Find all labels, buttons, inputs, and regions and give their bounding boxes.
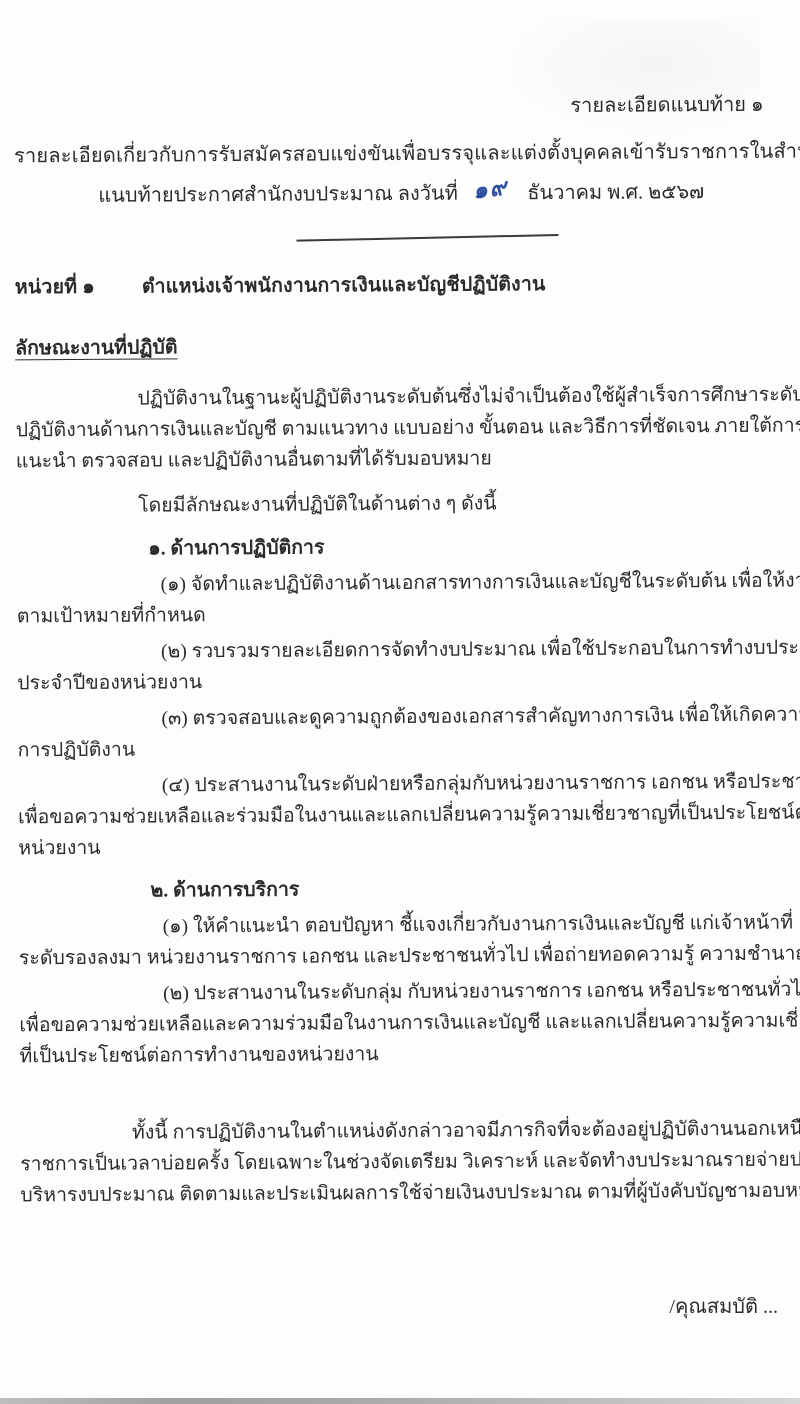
unit-number: หน่วยที่ ๑ <box>15 272 95 303</box>
text-line: ประจำปีของหน่วยงาน <box>17 664 791 700</box>
text-line: ระดับรองลงมา หน่วยงานราชการ เอกชน และประ… <box>19 939 793 975</box>
duty-item-1-3: (๓) ตรวจสอบและดูความถูกต้องของเอกสารสำคั… <box>17 700 791 767</box>
text-line: (๑) ให้คำแนะนำ ตอบปัญหา ชี้แจงเกี่ยวกับง… <box>19 908 793 944</box>
duty-item-1-2: (๒) รวบรวมรายละเอียดการจัดทำงบประมาณ เพื… <box>17 633 791 700</box>
text-line: บริหารงบประมาณ ติดตามและประเมินผลการใช้จ… <box>20 1176 794 1212</box>
text-line: (๓) ตรวจสอบและดูความถูกต้องของเอกสารสำคั… <box>17 700 791 736</box>
text-line: เพื่อขอความช่วยเหลือและความร่วมมือในงานก… <box>19 1006 793 1042</box>
duties-section-heading: ลักษณะงานที่ปฏิบัติ <box>15 329 789 365</box>
scanned-document-page: รายละเอียดแนบท้าย ๑ รายละเอียดเกี่ยวกับก… <box>0 0 800 1404</box>
duty-item-2-1: (๑) ให้คำแนะนำ ตอบปัญหา ชี้แจงเกี่ยวกับง… <box>19 908 793 975</box>
position-title: ตำแหน่งเจ้าพนักงานการเงินและบัญชีปฏิบัติ… <box>142 269 546 302</box>
duties-lead-in: โดยมีลักษณะงานที่ปฏิบัติในด้านต่าง ๆ ดัง… <box>16 487 790 523</box>
title-line-1: รายละเอียดเกี่ยวกับการรับสมัครสอบแข่งขัน… <box>14 135 788 174</box>
duty-section-1-heading: ๑. ด้านการปฏิบัติการ <box>16 530 790 566</box>
duty-section-2-heading: ๒. ด้านการบริการ <box>18 872 792 908</box>
unit-row: หน่วยที่ ๑ ตำแหน่งเจ้าพนักงานการเงินและบ… <box>15 268 789 304</box>
title-line-2-suffix: ธันวาคม พ.ศ. ๒๕๖๗ <box>527 181 704 204</box>
document-content: รายละเอียดแนบท้าย ๑ รายละเอียดเกี่ยวกับก… <box>0 0 800 1211</box>
text-line: แนะนำ ตรวจสอบ และปฏิบัติงานอื่นตามที่ได้… <box>16 442 790 478</box>
continuation-note: /คุณสมบัติ ... <box>669 1292 778 1323</box>
text-line: (๔) ประสานงานในระดับฝ่ายหรือกลุ่มกับหน่ว… <box>18 767 792 803</box>
duty-item-2-2: (๒) ประสานงานในระดับกลุ่ม กับหน่วยงานราช… <box>19 975 794 1073</box>
text-line: ปฏิบัติงานด้านการเงินและบัญชี ตามแนวทาง … <box>16 411 790 447</box>
duty-item-1-4: (๔) ประสานงานในระดับฝ่ายหรือกลุ่มกับหน่ว… <box>18 767 793 865</box>
duty-item-1-1: (๑) จัดทำและปฏิบัติงานด้านเอกสารทางการเง… <box>17 566 791 633</box>
handwritten-date: ๑๙ <box>470 170 510 208</box>
scanner-edge-shadow <box>0 1398 800 1404</box>
title-divider-line <box>297 234 559 242</box>
intro-paragraph: ปฏิบัติงานในฐานะผู้ปฏิบัติงานระดับต้นซึ่… <box>15 380 790 478</box>
text-line: ทั้งนี้ การปฏิบัติงานในตำแหน่งดังกล่าวอา… <box>20 1114 794 1150</box>
text-line: ที่เป็นประโยชน์ต่อการทำงานของหน่วยงาน <box>19 1037 793 1073</box>
text-line: (๑) จัดทำและปฏิบัติงานด้านเอกสารทางการเง… <box>17 566 791 602</box>
text-line: การปฏิบัติงาน <box>18 731 792 767</box>
title-line-2-prefix: แนบท้ายประกาศสำนักงบประมาณ ลงวันที่ <box>98 183 458 207</box>
text-line: ตามเป้าหมายที่กำหนด <box>17 597 791 633</box>
text-line: (๒) รวบรวมรายละเอียดการจัดทำงบประมาณ เพื… <box>17 633 791 669</box>
annex-label: รายละเอียดแนบท้าย ๑ <box>13 0 788 125</box>
text-line: เพื่อขอความช่วยเหลือและร่วมมือในงานและแล… <box>18 798 792 834</box>
text-line: (๒) ประสานงานในระดับกลุ่ม กับหน่วยงานราช… <box>19 975 793 1011</box>
text-line: ราชการเป็นเวลาบ่อยครั้ง โดยเฉพาะในช่วงจั… <box>20 1145 794 1181</box>
text-line: หน่วยงาน <box>18 829 792 865</box>
closing-paragraph: ทั้งนี้ การปฏิบัติงานในตำแหน่งดังกล่าวอา… <box>20 1114 795 1212</box>
text-line: ปฏิบัติงานในฐานะผู้ปฏิบัติงานระดับต้นซึ่… <box>15 380 789 416</box>
title-line-2: แนบท้ายประกาศสำนักงบประมาณ ลงวันที่ ๑๙ ธ… <box>14 174 788 214</box>
document-title: รายละเอียดเกี่ยวกับการรับสมัครสอบแข่งขัน… <box>14 135 788 214</box>
